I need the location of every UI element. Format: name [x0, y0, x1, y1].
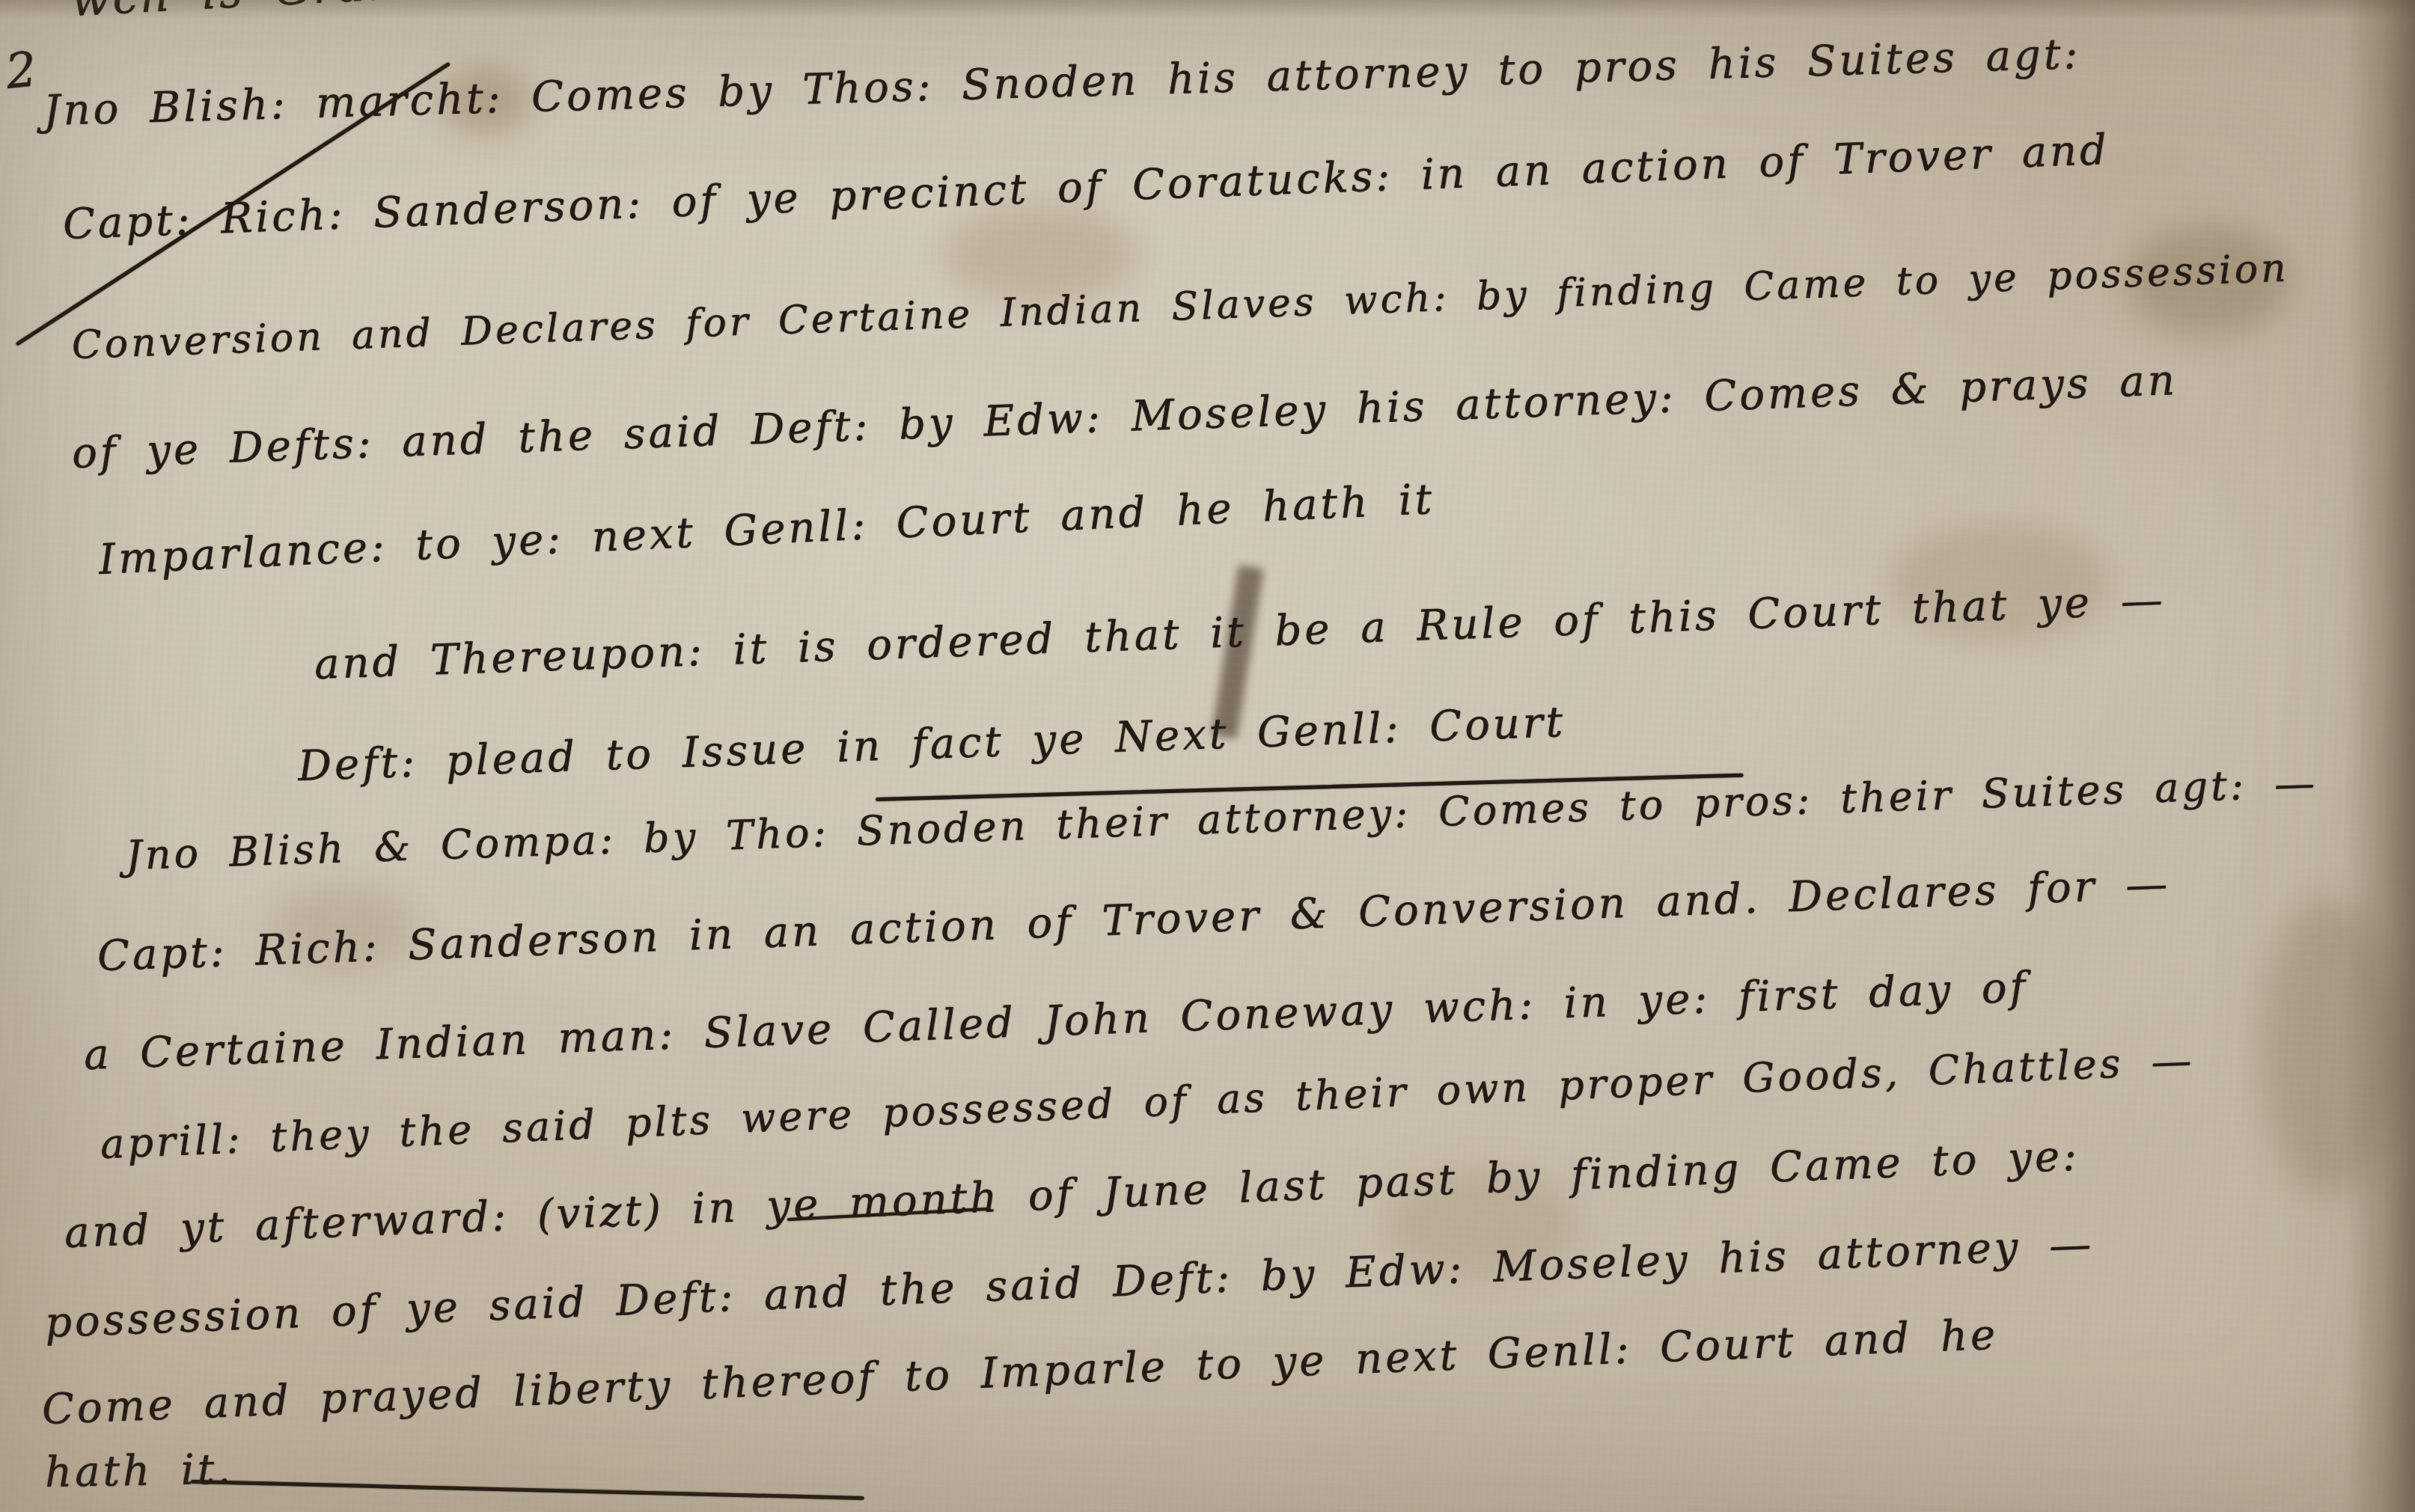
page-edge-shadow — [2344, 0, 2415, 1512]
manuscript-line: Jno Blish: marcht: Comes by Thos: Snoden… — [43, 30, 2081, 135]
manuscript-line: Imparlance: to ye: next Genll: Court and… — [98, 475, 1436, 584]
manuscript-line: hath it. — [44, 1445, 233, 1497]
margin-mark: 2 — [3, 42, 42, 100]
manuscript-line: Conversion and Declares for Certaine Ind… — [71, 246, 2289, 368]
closing-flourish — [191, 1480, 864, 1500]
manuscript-page: wch is Granted Order 2 Jno Blish: marcht… — [0, 0, 2415, 1512]
manuscript-line: of ye Defts: and the said Deft: by Edw: … — [71, 356, 2179, 478]
manuscript-line: and Thereupon: it is ordered that it be … — [314, 576, 2167, 689]
page-edge-shadow-top — [0, 0, 2415, 19]
manuscript-line: Capt: Rich: Sanderson in an action of Tr… — [97, 860, 2171, 981]
manuscript-line: Deft: plead to Issue in fact ye Next Gen… — [297, 698, 1566, 791]
manuscript-line: Capt: Rich: Sanderson: of ye precinct of… — [62, 126, 2110, 249]
